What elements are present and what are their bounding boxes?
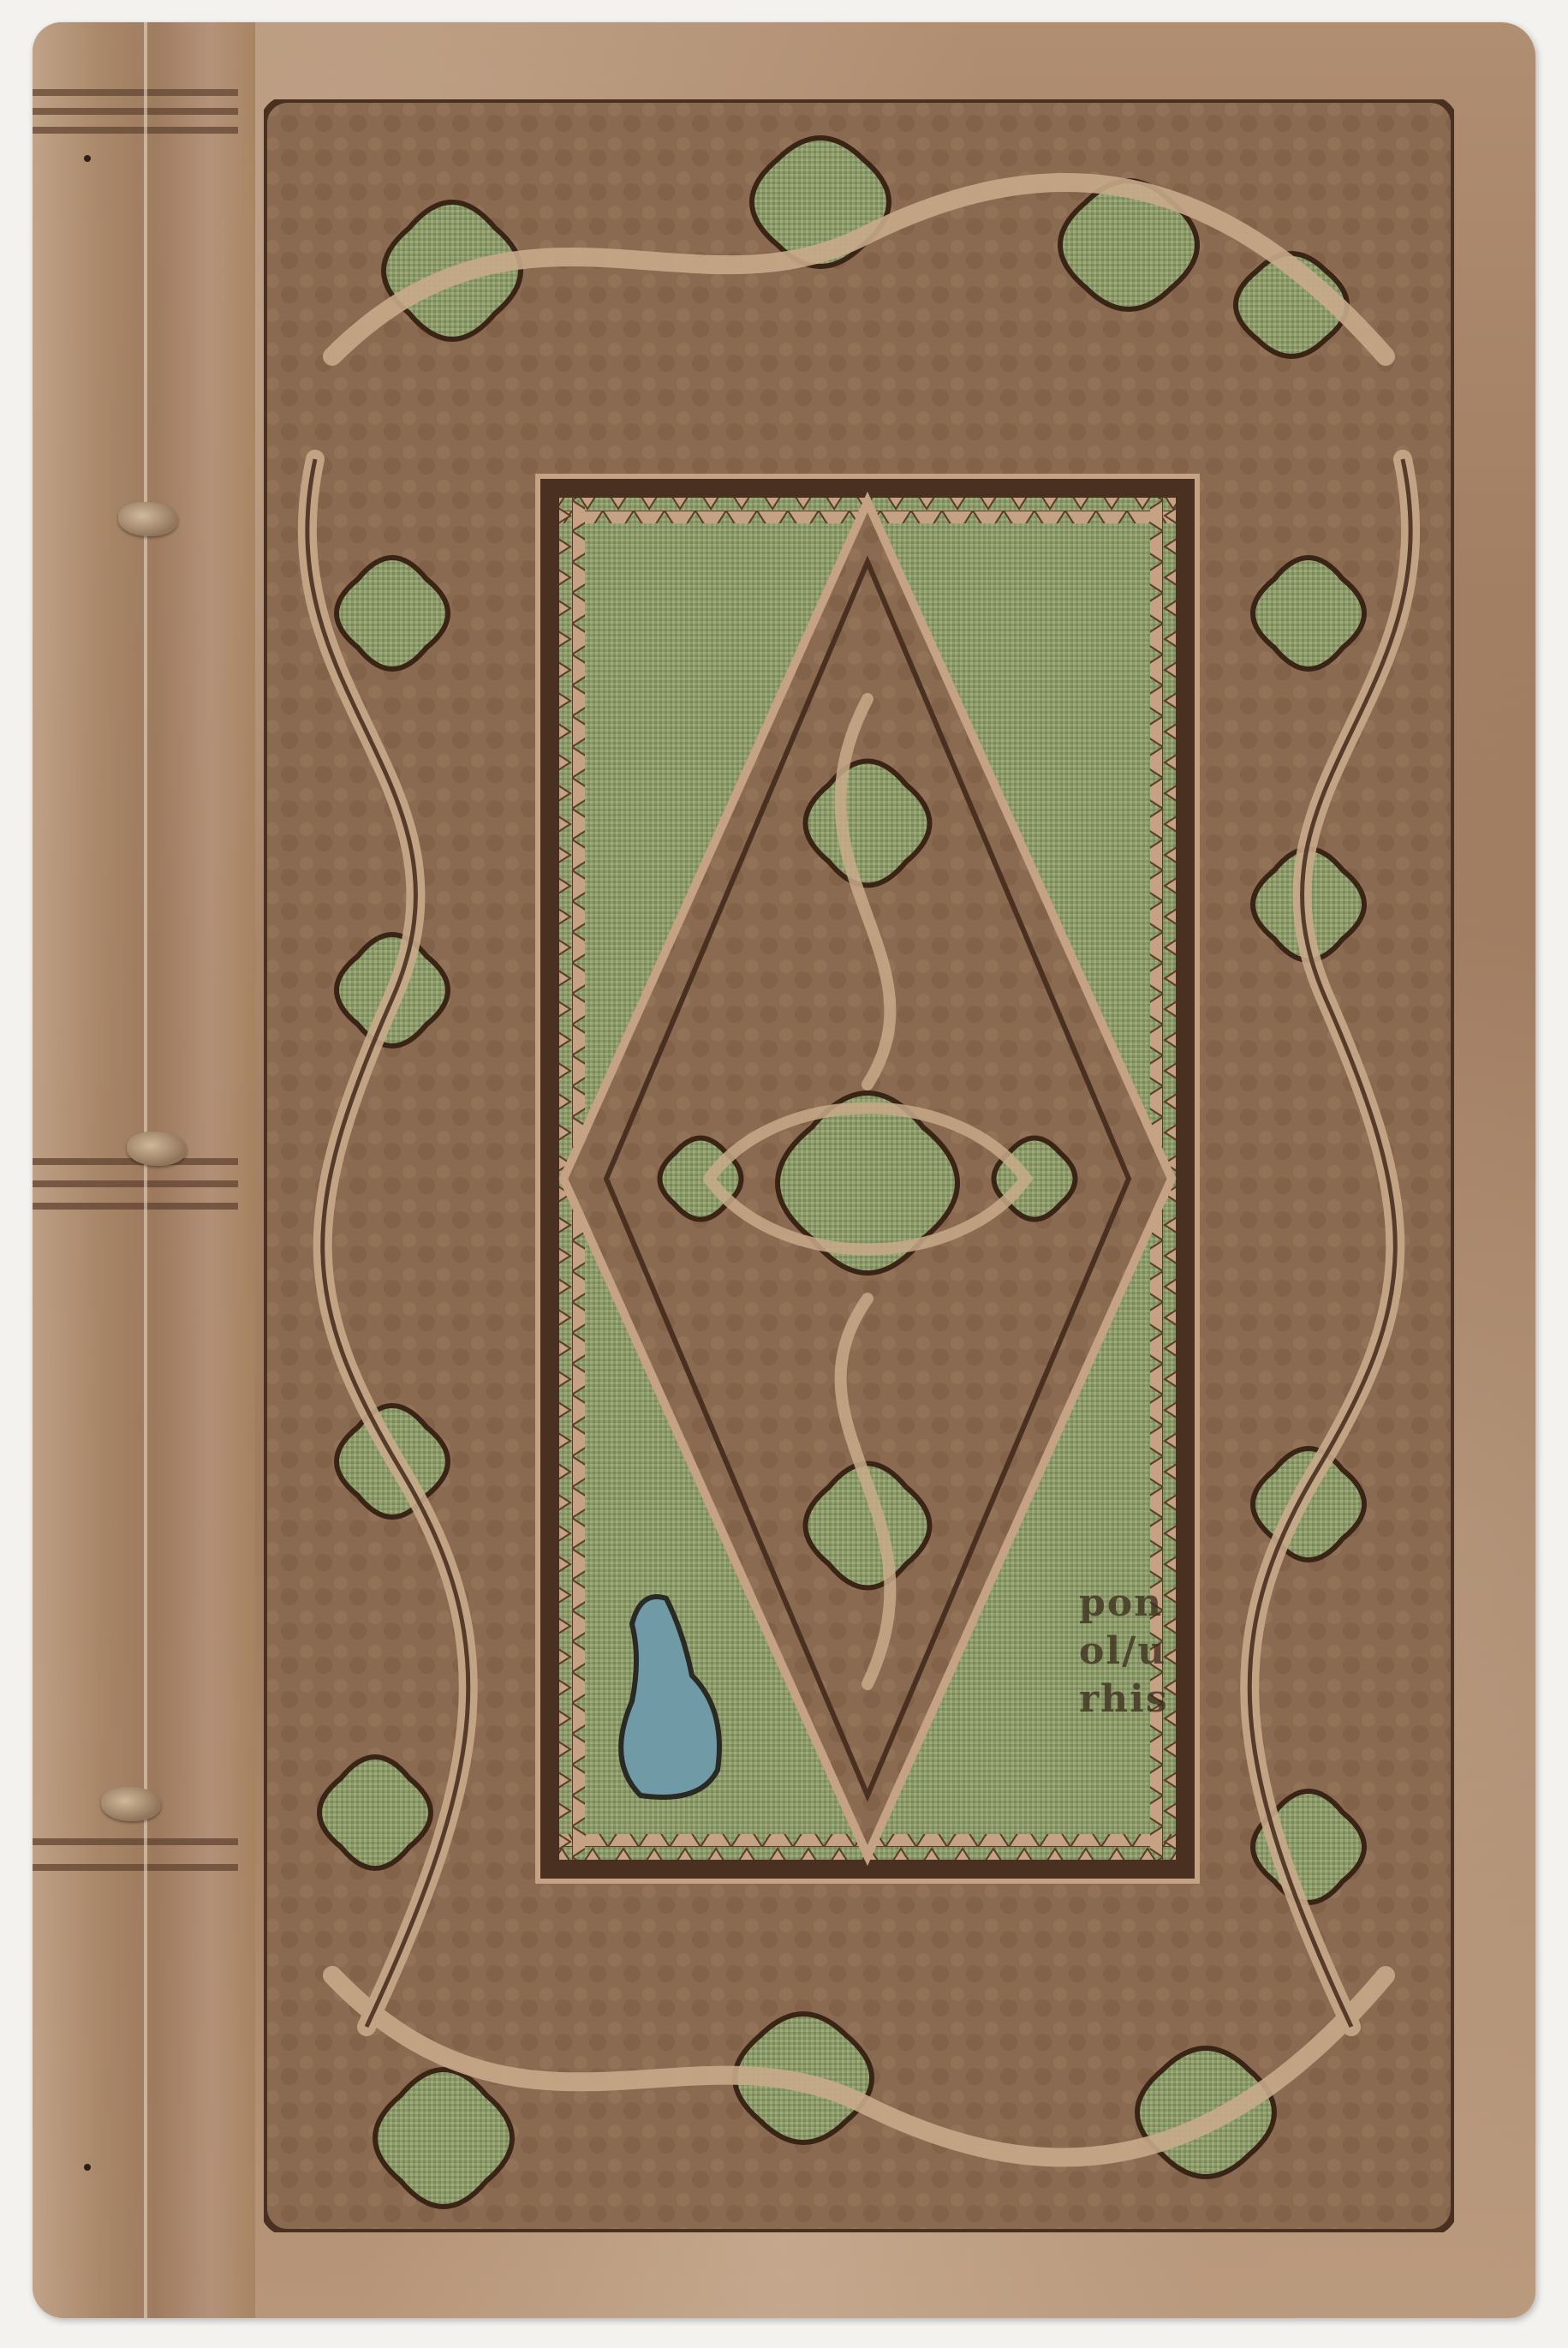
sewing-support-knot	[118, 502, 178, 536]
sewing-hole	[84, 155, 91, 162]
page-text-line: rhis	[1079, 1676, 1169, 1724]
sewing-support-knot	[127, 1132, 187, 1166]
spine-rule	[33, 1180, 238, 1187]
visible-page-text: pon ol/u rhis	[1079, 1580, 1169, 1724]
page-text-line: ol/u	[1079, 1628, 1169, 1676]
sewing-hole	[84, 2164, 91, 2171]
spine-rule	[33, 1203, 238, 1210]
spine-rule	[33, 127, 238, 134]
book-cover: pon ol/u rhis	[33, 22, 1535, 2318]
cut-leather-panel	[264, 99, 1454, 2232]
sewing-support-knot	[101, 1787, 161, 1821]
spine-rule	[33, 1864, 238, 1871]
spine-crease	[144, 22, 147, 2318]
spine-rule	[33, 89, 238, 96]
spine-rule	[33, 1838, 238, 1845]
page-text-line: pon	[1079, 1580, 1169, 1628]
book-spine	[33, 22, 255, 2318]
spine-rule	[33, 108, 238, 115]
